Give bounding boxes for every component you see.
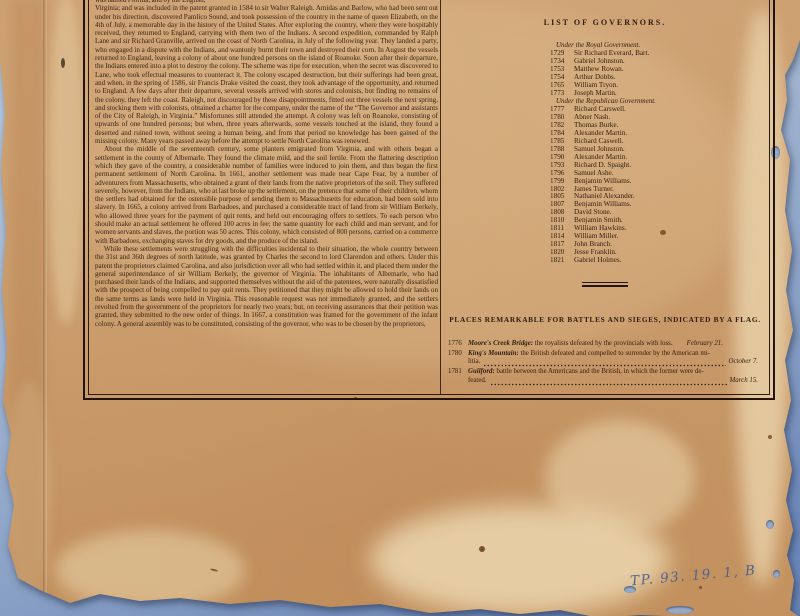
governor-name: Gabriel Johnston.	[574, 57, 625, 65]
governor-name: Abner Nash.	[574, 113, 610, 121]
governor-name: Arthur Dobbs.	[574, 73, 616, 81]
foxing-spot	[768, 435, 772, 439]
governor-name: Richard D. Spaight.	[574, 161, 631, 169]
battle-year: 1776	[448, 340, 468, 349]
governor-name: Sir Richard Everard, Bart.	[574, 49, 649, 57]
governor-name: Samuel Johnston.	[574, 145, 625, 153]
governor-name: Joseph Martin.	[574, 89, 617, 97]
foxing-spot	[479, 546, 485, 552]
battle-place: Moore's Creek Bridge:	[468, 340, 535, 347]
governor-name: David Stone.	[574, 208, 612, 216]
governor-row: 1821Gabriel Holmes.	[550, 257, 656, 265]
paper-hole	[766, 520, 774, 529]
battles-list: 1776Moore's Creek Bridge: the royalists …	[448, 340, 758, 387]
governor-name: William Tryon.	[574, 81, 618, 89]
governor-name: Benjamin Williams.	[574, 200, 631, 208]
battle-date: March 15.	[730, 377, 758, 386]
paper-sheet: was named Florida, and by the English, V…	[0, 0, 800, 616]
battle-wrap-line: feated.March 15.	[468, 377, 758, 386]
governor-name: Benjamin Williams.	[574, 177, 631, 185]
paper-tear	[666, 606, 694, 614]
stain-left-strip-top	[48, 0, 84, 324]
battle-description: King's Mountain: the British defeated an…	[468, 350, 758, 367]
stain-left-dark	[10, 0, 46, 598]
governor-year: 1773	[550, 90, 574, 98]
foxing-spot	[699, 586, 702, 589]
governor-year: 1821	[550, 257, 574, 265]
battle-wrap-line: litia.October 7.	[468, 358, 758, 367]
battle-place: King's Mountain:	[468, 350, 520, 357]
governors-list: Under the Royal Government.1729Sir Richa…	[550, 41, 656, 265]
dot-leaders	[490, 380, 727, 386]
governor-name: Jesse Franklin.	[574, 248, 617, 256]
article-paragraph-2: About the middle of the seventeenth cent…	[95, 145, 438, 245]
battle-wrap-text: litia.	[468, 358, 480, 367]
battle-entry: 1780King's Mountain: the British defeate…	[448, 350, 758, 367]
governor-name: Alexander Martin.	[574, 129, 627, 137]
article-paragraph-3: While these settlements were struggling …	[95, 245, 438, 328]
governor-name: John Branch.	[574, 240, 612, 248]
section-divider-rule	[582, 282, 628, 287]
governor-name: William Hawkins.	[574, 224, 626, 232]
history-text-column: was named Florida, and by the English, V…	[95, 0, 438, 328]
governor-name: Benjamin Smith.	[574, 216, 623, 224]
paper-shadow: was named Florida, and by the English, V…	[0, 0, 800, 616]
governor-name: Nathaniel Alexander.	[574, 192, 635, 200]
battle-date: October 7.	[729, 358, 758, 367]
governor-name: Richard Carswell.	[574, 105, 626, 113]
governor-row: 1773Joseph Martin.	[550, 90, 656, 98]
battle-entry: 1776Moore's Creek Bridge: the royalists …	[448, 340, 758, 349]
governor-name: Alexander Martin.	[574, 153, 627, 161]
governor-name: Gabriel Holmes.	[574, 256, 622, 264]
edge-mark	[61, 58, 65, 68]
battle-year: 1780	[448, 350, 468, 367]
governor-name: Samuel Ashe.	[574, 169, 614, 177]
governors-heading: LIST OF GOVERNORS.	[446, 18, 764, 27]
battle-description: Guilford: battle between the Americans a…	[468, 368, 758, 385]
battles-heading: PLACES REMARKABLE FOR BATTLES AND SIEGES…	[446, 315, 764, 324]
scan-backing: was named Florida, and by the English, V…	[0, 0, 800, 616]
column-divider-rule	[440, 0, 441, 394]
stain-mid-right	[545, 420, 695, 535]
battle-entry: 1781Guilford: battle between the America…	[448, 368, 758, 385]
battle-description: Moore's Creek Bridge: the royalists defe…	[468, 340, 758, 349]
governor-name: Richard Caswell.	[574, 137, 624, 145]
battle-year: 1781	[448, 368, 468, 385]
governor-name: William Miller.	[574, 232, 618, 240]
governor-name: James Turner.	[574, 185, 614, 193]
lists-column: LIST OF GOVERNORS. Under the Royal Gover…	[446, 0, 764, 394]
governor-name: Matthew Rowan.	[574, 65, 624, 73]
battle-wrap-text: feated.	[468, 377, 487, 386]
battle-date: February 21.	[687, 340, 723, 347]
article-paragraph-1: Virginia; and was included in the patent…	[95, 4, 438, 145]
battle-place: Guilford:	[468, 368, 497, 375]
governor-name: Thomas Burke.	[574, 121, 618, 129]
double-rule-frame: was named Florida, and by the English, V…	[88, 0, 770, 395]
printed-text-box: was named Florida, and by the English, V…	[83, 0, 775, 400]
fold-crease	[43, 0, 47, 616]
dot-leaders	[483, 361, 725, 367]
